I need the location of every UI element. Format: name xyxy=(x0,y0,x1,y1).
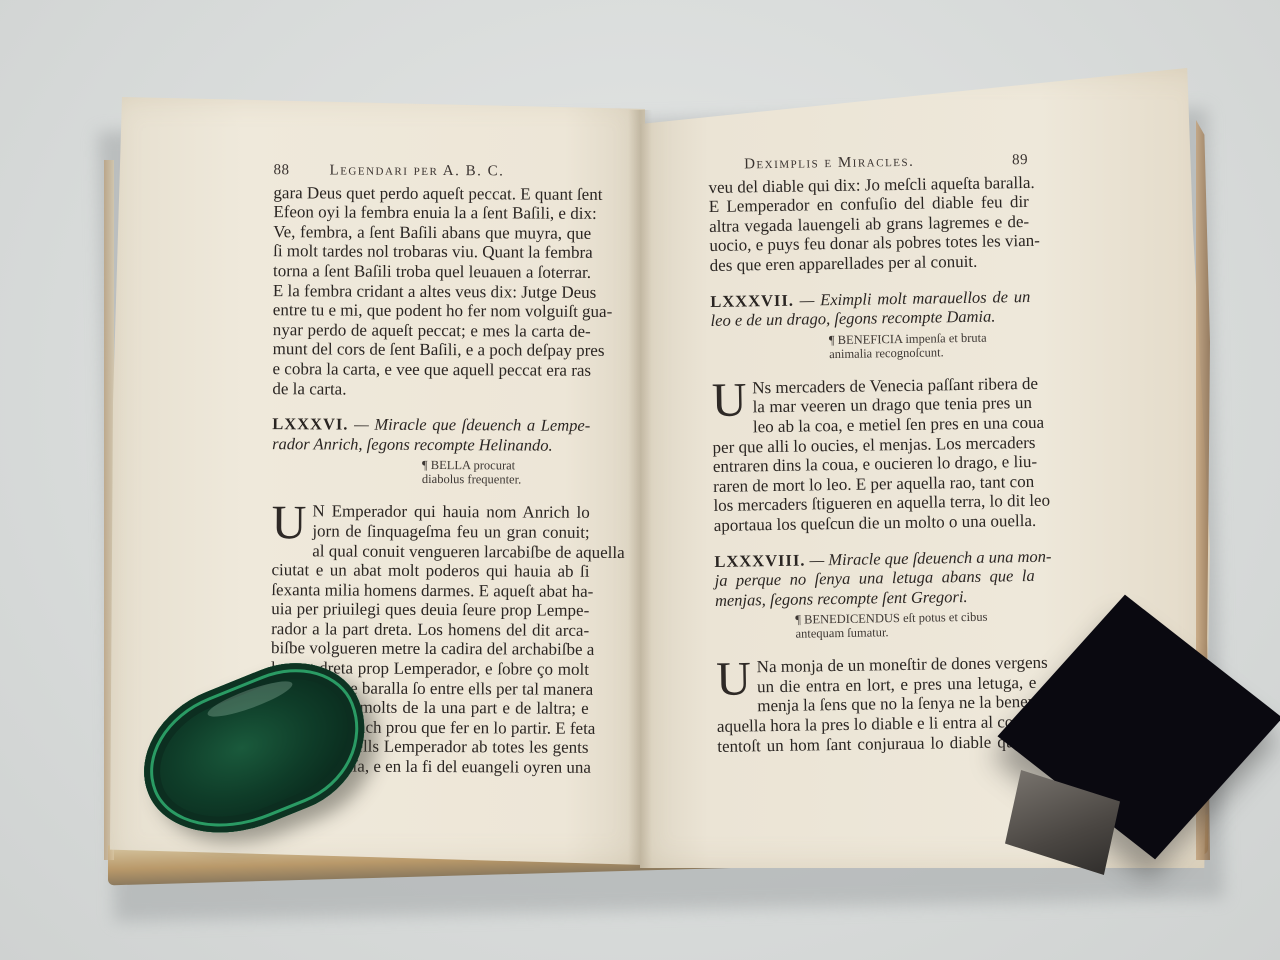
text-line: Ve, fembra, a ſent Baſili abans que muyr… xyxy=(273,222,591,243)
text-line: des que eren apparellades per al conuit. xyxy=(710,251,1030,276)
chapter-heading: LXXXVI. — Miracle que ſdeuench a Lempe- … xyxy=(272,414,590,455)
text-line: torna a ſent Baſili troba quel leuauen a… xyxy=(273,261,591,282)
running-head-title: Deximplis e Miracles. xyxy=(744,153,914,175)
chapter-lxxxvii: LXXXVII. — Eximpli molt marauellos de un… xyxy=(710,287,1034,536)
chapter-title-line: — Miracle que ſdeuench a Lempe- xyxy=(354,415,590,435)
chapter-heading: LXXXVIII. — Miracle que ſdeuench a una m… xyxy=(714,546,1035,610)
text-line: uia per priuilegi ques deuia ſeure prop … xyxy=(271,599,589,620)
chapter-motto: ¶ BENEFICIA impenſa et bruta animalia re… xyxy=(829,330,1031,361)
text-line: munt del cors de ſent Baſili, e a poch d… xyxy=(273,340,591,361)
motto-line: animalia recognoſcunt. xyxy=(829,344,1031,361)
motto-line: diabolus frequenter. xyxy=(422,472,590,487)
text-line: al qual conuit vengueren larcabiſbe de a… xyxy=(272,541,590,562)
chapter-title-line: rador Anrich, ſegons recompte Helinando. xyxy=(272,434,590,455)
chapter-body: U Ns mercaders de Venecia paſſant ribera… xyxy=(711,374,1033,536)
book-gutter xyxy=(628,110,652,870)
drop-cap: U xyxy=(716,658,751,701)
opening-paragraph: gara Deus quet perdo aqueſt peccat. E qu… xyxy=(272,183,591,400)
text-line: gara Deus quet perdo aqueſt peccat. E qu… xyxy=(273,183,591,204)
chapter-title-line: leo e de un drago, ſegons recompte Damia… xyxy=(710,306,1030,331)
text-line: biſbe volgueren metre la cadira del arch… xyxy=(271,639,589,660)
text-line: nyar perdo de aqueſt peccat; e mes la ca… xyxy=(273,320,591,341)
text-line: N Emperador qui hauia nom Anrich lo xyxy=(272,501,590,522)
text-line: aportaua los queſcun die un molto o una … xyxy=(714,511,1034,536)
drop-cap: U xyxy=(711,378,746,421)
text-line: E la fembra cridant a altes veus dix: Ju… xyxy=(273,281,591,302)
text-line: rador a la part dreta. Los homens del di… xyxy=(271,619,589,640)
page-number: 88 xyxy=(274,161,290,181)
chapter-number: LXXXVII. xyxy=(710,290,794,310)
chapter-lxxxviii: LXXXVIII. — Miracle que ſdeuench a una m… xyxy=(714,546,1037,756)
text-line: ciutat e un abat molt poderos qui hauia … xyxy=(271,560,589,581)
chapter-body: U Na monja de un moneſtir de dones verge… xyxy=(716,653,1037,756)
chapter-number: LXXXVI. xyxy=(272,414,348,433)
chapter-title-line: — Eximpli molt marauellos de un xyxy=(800,287,1031,310)
motto-line: antequam ſumatur. xyxy=(795,623,1035,641)
text-line: ſi molt tardes nol trobaras viu. Quant l… xyxy=(273,242,591,263)
chapter-title-line: menjas, ſegons recompte ſent Gregori. xyxy=(715,586,1035,611)
opening-paragraph: veu del diable qui dix: Jo meſcli aqueſt… xyxy=(708,173,1029,276)
text-line: entre tu e mi, que podent ho fer nom vol… xyxy=(273,300,591,321)
running-head-title: Legendari per A. B. C. xyxy=(330,161,505,182)
drop-cap: U xyxy=(272,501,307,543)
page-number: 89 xyxy=(1012,151,1028,171)
text-line: Efeon oyi la fembra enuia la a ſent Baſi… xyxy=(273,202,591,223)
text-line: jorn de ſinquageſma feu un gran conuit; xyxy=(272,521,590,542)
chapter-heading: LXXXVII. — Eximpli molt marauellos de un… xyxy=(710,287,1031,331)
motto-line: ¶ BELLA procurat xyxy=(422,458,590,473)
text-line: e cobra la carta, e vee que aquell pecca… xyxy=(272,359,590,380)
right-running-head: Deximplis e Miracles. 89 xyxy=(708,151,1028,176)
text-line: ſexanta milia homens darmes. E aqueſt ab… xyxy=(271,580,589,601)
chapter-motto: ¶ BENEDICENDUS eſt potus et cibus antequ… xyxy=(795,609,1035,641)
chapter-motto: ¶ BELLA procurat diabolus frequenter. xyxy=(422,458,590,487)
chapter-number: LXXXVIII. xyxy=(714,550,805,570)
text-line: de la carta. xyxy=(272,379,590,400)
right-page-text: Deximplis e Miracles. 89 veu del diable … xyxy=(708,151,1037,756)
left-running-head: 88 Legendari per A. B. C. xyxy=(274,161,592,182)
